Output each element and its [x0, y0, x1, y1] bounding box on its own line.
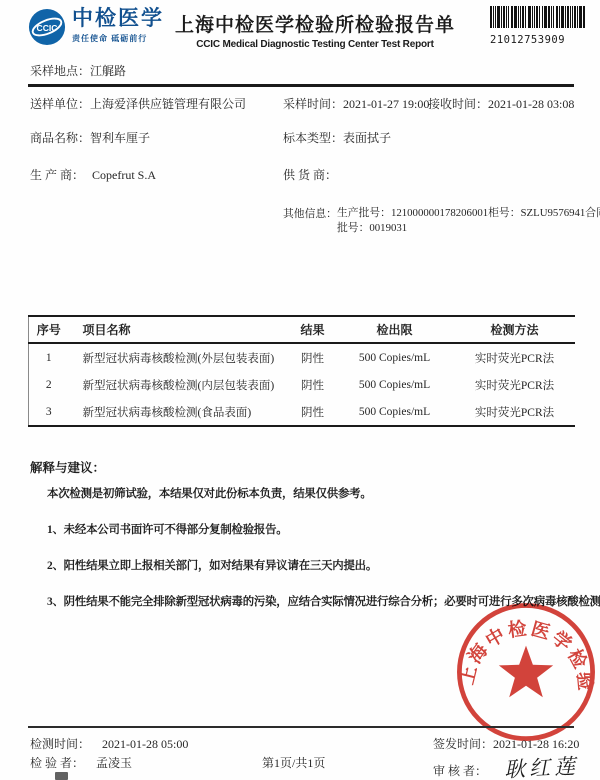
table-row: 2 新型冠状病毒核酸检测(内层包装表面) 阴性 500 Copies/mL 实时… [29, 371, 575, 398]
cell-seq: 2 [29, 371, 69, 398]
results-table: 序号 项目名称 结果 检出限 检测方法 1 新型冠状病毒核酸检测(外层包装表面)… [28, 315, 575, 427]
cell-item: 新型冠状病毒核酸检测(内层包装表面) [69, 371, 291, 398]
ccic-globe-icon: CCIC [28, 8, 66, 51]
sampling-site-value: 江艉路 [90, 64, 126, 78]
producer-label: 生 产 商： [30, 168, 84, 182]
specimen-field: 标本类型：表面拭子 [283, 129, 391, 146]
scan-artifact [55, 772, 68, 780]
table-row: 3 新型冠状病毒核酸检测(食品表面) 阴性 500 Copies/mL 实时荧光… [29, 398, 575, 426]
barcode-bars-icon [490, 6, 585, 28]
inspector-label: 检 验 者： [30, 756, 84, 770]
sampling-site-row: 采样地点：江艉路 [30, 62, 126, 79]
inspector-field: 检 验 者：孟凌玉 [30, 754, 132, 771]
receive-time-value: 2021-01-28 03:08 [488, 97, 574, 111]
issue-time-value: 2021-01-28 16:20 [493, 737, 579, 751]
col-header-result: 结果 [291, 316, 335, 343]
supplier-field: 供 货 商： [283, 166, 337, 183]
col-header-method: 检测方法 [455, 316, 575, 343]
report-page: CCIC 中检医学 责任使命 砥砺前行 上海中检医学检验所检验报告单 CCIC … [0, 0, 600, 780]
inspector-value: 孟凌玉 [96, 756, 132, 770]
notes-section: 解释与建议： 本次检测是初筛试验，本结果仅对此份标本负责，结果仅供参考。 1、未… [30, 458, 590, 609]
cell-seq: 3 [29, 398, 69, 426]
svg-text:CCIC: CCIC [37, 23, 58, 33]
barcode: 21012753909 [490, 6, 586, 46]
table-row: 1 新型冠状病毒核酸检测(外层包装表面) 阴性 500 Copies/mL 实时… [29, 343, 575, 371]
producer-field: 生 产 商：Copefrut S.A [30, 166, 156, 183]
notes-heading: 解释与建议： [30, 458, 590, 476]
other-info-line2: 批号：0019031 [337, 221, 600, 236]
sender-field: 送样单位：上海爱泽供应链管理有限公司 [30, 95, 246, 112]
col-header-item: 项目名称 [69, 316, 291, 343]
page-indicator: 第1页/共1页 [262, 754, 325, 771]
notes-intro: 本次检测是初筛试验，本结果仅对此份标本负责，结果仅供参考。 [47, 485, 590, 501]
product-field: 商品名称：智利车厘子 [30, 129, 150, 146]
cell-limit: 500 Copies/mL [335, 343, 455, 371]
sample-time-value: 2021-01-27 19:00 [343, 97, 429, 111]
sample-time-label: 采样时间： [283, 97, 343, 111]
header-divider [28, 84, 574, 87]
receive-time-label: 接收时间： [428, 97, 488, 111]
test-time-field: 检测时间：2021-01-28 05:00 [30, 735, 188, 752]
report-title-block: 上海中检医学检验所检验报告单 CCIC Medical Diagnostic T… [150, 10, 480, 50]
logo: CCIC 中检医学 责任使命 砥砺前行 [28, 8, 164, 51]
producer-value: Copefrut S.A [92, 168, 156, 182]
cell-method: 实时荧光PCR法 [455, 371, 575, 398]
report-title-en: CCIC Medical Diagnostic Testing Center T… [150, 39, 480, 50]
cell-seq: 1 [29, 343, 69, 371]
other-info-line1: 生产批号：121000000178206001柜号：SZLU9576941合同 [337, 206, 600, 221]
specimen-label: 标本类型： [283, 131, 343, 145]
test-time-value: 2021-01-28 05:00 [102, 737, 188, 751]
notes-item: 2、阳性结果立即上报相关部门，如对结果有异议请在三天内提出。 [47, 557, 590, 573]
stamp-star-icon [499, 646, 553, 698]
test-time-label: 检测时间： [30, 737, 90, 751]
cell-item: 新型冠状病毒核酸检测(食品表面) [69, 398, 291, 426]
supplier-label: 供 货 商： [283, 168, 337, 182]
col-header-limit: 检出限 [335, 316, 455, 343]
official-seal-stamp: 上海中检医学检验所 [452, 597, 600, 745]
report-title-cn: 上海中检医学检验所检验报告单 [150, 10, 480, 37]
sender-value: 上海爱泽供应链管理有限公司 [90, 97, 246, 111]
cell-method: 实时荧光PCR法 [455, 343, 575, 371]
issue-time-field: 签发时间：2021-01-28 16:20 [433, 735, 579, 752]
barcode-number: 21012753909 [490, 34, 586, 46]
cell-item: 新型冠状病毒核酸检测(外层包装表面) [69, 343, 291, 371]
product-label: 商品名称： [30, 131, 90, 145]
sample-time-field: 采样时间：2021-01-27 19:00 [283, 95, 429, 112]
issue-time-label: 签发时间： [433, 737, 493, 751]
reviewer-label: 审 核 者： [433, 764, 487, 778]
specimen-value: 表面拭子 [343, 131, 391, 145]
other-info-label: 其他信息： [283, 206, 337, 221]
cell-limit: 500 Copies/mL [335, 371, 455, 398]
col-header-seq: 序号 [29, 316, 69, 343]
footer-divider [28, 726, 574, 728]
cell-result: 阴性 [291, 343, 335, 371]
cell-limit: 500 Copies/mL [335, 398, 455, 426]
cell-method: 实时荧光PCR法 [455, 398, 575, 426]
receive-time-field: 接收时间：2021-01-28 03:08 [428, 95, 574, 112]
cell-result: 阴性 [291, 371, 335, 398]
reviewer-field: 审 核 者： 耿红莲 [433, 752, 579, 780]
sampling-site-label: 采样地点： [30, 64, 90, 78]
cell-result: 阴性 [291, 398, 335, 426]
sender-label: 送样单位： [30, 97, 90, 111]
other-info-field: 其他信息： 生产批号：121000000178206001柜号：SZLU9576… [283, 206, 600, 235]
product-value: 智利车厘子 [90, 131, 150, 145]
reviewer-signature: 耿红莲 [503, 750, 579, 780]
table-header-row: 序号 项目名称 结果 检出限 检测方法 [29, 316, 575, 343]
notes-item: 1、未经本公司书面许可不得部分复制检验报告。 [47, 521, 590, 537]
